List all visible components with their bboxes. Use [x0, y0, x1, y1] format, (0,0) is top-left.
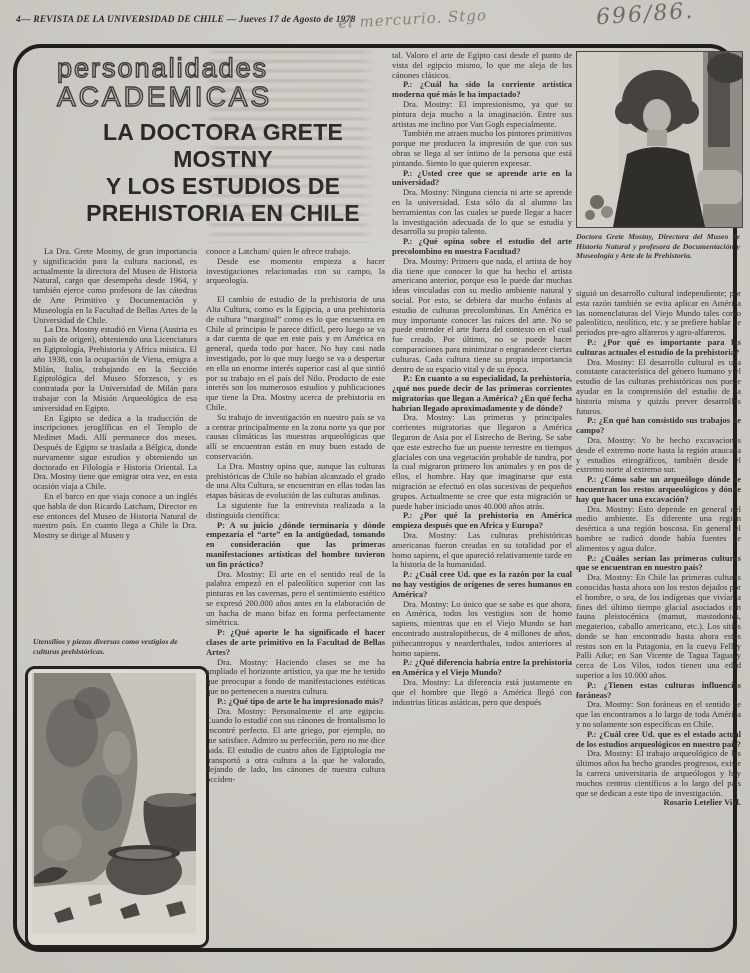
article-column-4: siguió un desarrollo cultural independie…: [576, 289, 741, 911]
masthead: 4— REVISTA DE LA UNIVERSIDAD DE CHILE — …: [16, 15, 356, 26]
body-paragraph: Dra. Mostny: Primero que nada, el artist…: [392, 257, 572, 375]
body-paragraph: También me atraen mucho los pintores pri…: [392, 129, 572, 168]
body-paragraph: tal. Valoro el arte de Egipto casi desde…: [392, 51, 572, 80]
artifacts-photo-caption: Utensilios y piezas diversas como vestig…: [33, 637, 195, 656]
question-paragraph: P.: ¿Qué opina sobre el estudio del arte…: [392, 237, 572, 257]
body-paragraph: Dra. Mostny: El impresionismo, ya que su…: [392, 100, 572, 129]
body-paragraph: Dra. Mostny: En Chile las primeras cultu…: [576, 573, 741, 681]
body-paragraph: Dra. Mostny: Las primeras y principales …: [392, 413, 572, 511]
body-paragraph: Dra. Mostny: Haciendo clases se me ha am…: [206, 658, 385, 697]
question-paragraph: P: ¿Qué aporte le ha significado el hace…: [206, 628, 385, 657]
artifacts-photo: [25, 666, 209, 948]
article-column-1: La Dra. Grete Mostny, de gran importanci…: [33, 247, 197, 639]
grete-mostny-portrait-illustration: [577, 52, 742, 227]
body-paragraph: La siguiente fue la entrevista realizada…: [206, 501, 385, 521]
body-paragraph: En el barco en que viaja conoce a un ing…: [33, 492, 197, 541]
article-column-3: tal. Valoro el arte de Egipto casi desde…: [392, 51, 572, 907]
question-paragraph: P.: ¿Cuáles serían las primeras culturas…: [576, 554, 741, 574]
question-paragraph: P.: ¿En qué han consistido sus trabajos …: [576, 416, 741, 436]
body-paragraph: Dra. Mostny: El arte en el sentido real …: [206, 570, 385, 629]
body-paragraph: Dra. Mostny: Yo he hecho excavaciones de…: [576, 436, 741, 475]
question-paragraph: P.: ¿Usted cree que se aprende arte en l…: [392, 169, 572, 189]
question-paragraph: P.: ¿Cuál ha sido la corriente artística…: [392, 80, 572, 100]
body-paragraph: Dra. Mostny: El trabajo arqueológico de …: [576, 749, 741, 798]
portrait-photo-caption: Doctora Grete Mostny, Directora del Muse…: [576, 232, 740, 261]
body-paragraph: Dra. Mostny: Las culturas prehistóricas …: [392, 531, 572, 570]
question-paragraph: P.: ¿Por qué la prehistoria en América e…: [392, 511, 572, 531]
newspaper-page: 4— REVISTA DE LA UNIVERSIDAD DE CHILE — …: [0, 0, 750, 973]
body-paragraph: La Dra. Grete Mostny, de gran importanci…: [33, 247, 197, 325]
body-paragraph: El cambio de estudio de la prehistoria d…: [206, 295, 385, 413]
body-paragraph: Dra. Mostny: Esto depende en general del…: [576, 505, 741, 554]
body-paragraph: Desde ese momento empieza a hacer invest…: [206, 257, 385, 286]
body-paragraph: Dra. Mostny: Son foráneas en el sentido …: [576, 700, 741, 729]
question-paragraph: P.: ¿Cuál cree Ud. que es el estado actu…: [576, 730, 741, 750]
article-column-2: conoce a Latcham/ quien le ofrece trabaj…: [206, 247, 385, 869]
body-paragraph: Dra. Mostny: El desarrollo cultural es u…: [576, 358, 741, 417]
question-paragraph: P.: ¿Qué diferencia habría entre la preh…: [392, 658, 572, 678]
question-paragraph: P.: ¿Tienen estas culturas influencias f…: [576, 681, 741, 701]
body-paragraph: Dra. Mostny: Ninguna ciencia ni arte se …: [392, 188, 572, 237]
question-paragraph: P.: ¿Cuál cree Ud. que es la razón por l…: [392, 570, 572, 599]
question-paragraph: P: A su juicio ¿dónde terminaría y dónde…: [206, 521, 385, 570]
body-paragraph: En Egipto se dedica a la traducción de i…: [33, 414, 197, 492]
body-paragraph: Su trabajo de investigación en nuestro p…: [206, 413, 385, 462]
body-paragraph: siguió un desarrollo cultural independie…: [576, 289, 741, 338]
body-paragraph: Dra. Mostny: Personalmente el arte egipc…: [206, 707, 385, 785]
body-paragraph: La Dra. Mostny estudió en Viena (Austria…: [33, 325, 197, 413]
handwritten-archive-number: 696/86.: [595, 0, 695, 30]
portrait-photo: [576, 51, 743, 228]
handwritten-source-note: el mercurio. Stgo: [338, 6, 488, 32]
question-paragraph: P.: ¿Cómo sabe un arqueólogo dónde se en…: [576, 475, 741, 504]
body-paragraph: La Dra. Mostny opina que, aunque las cul…: [206, 462, 385, 501]
ink-bleedthrough-texture: [206, 50, 374, 243]
body-paragraph: Dra. Mostny: Lo único que se sabe es que…: [392, 600, 572, 659]
question-paragraph: Rosario Letelier Vial.: [576, 798, 741, 808]
pottery-illustration: [32, 673, 196, 933]
question-paragraph: P.: En cuanto a su especialidad, la preh…: [392, 374, 572, 413]
body-paragraph: Dra. Mostny: La diferencia está justamen…: [392, 678, 572, 707]
question-paragraph: P.: ¿Por qué es importante para las cult…: [576, 338, 741, 358]
